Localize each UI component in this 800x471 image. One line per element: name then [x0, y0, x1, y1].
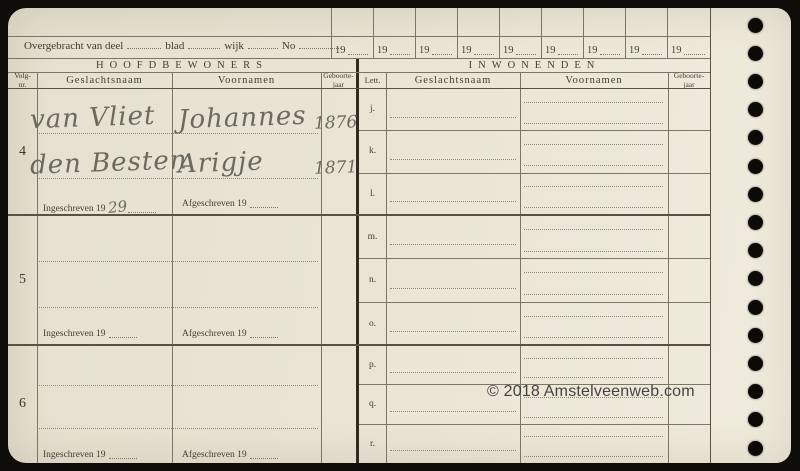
grid-line-horizontal	[359, 173, 710, 174]
year-cell: 19	[629, 41, 662, 56]
header-voornamen-right: Voornamen	[520, 72, 668, 88]
header-volgnr: Volg- nr.	[8, 72, 37, 88]
binder-hole	[748, 187, 763, 202]
binder-hole	[748, 215, 763, 230]
binder-hole	[748, 46, 763, 61]
afgeschreven-label: Afgeschreven 19	[182, 449, 278, 460]
dotted-leader	[109, 328, 137, 338]
grid-line-horizontal	[359, 130, 710, 131]
header-geslachtsnaam-left: Geslachtsnaam	[37, 72, 172, 88]
binder-hole	[748, 159, 763, 174]
dotted-writing-line	[390, 450, 516, 451]
afgeschreven-text: Afgeschreven 19	[182, 329, 247, 339]
dotted-writing-line	[524, 436, 663, 437]
scan-background: Overgebracht van deelbladwijkNo HOOFDBEW…	[0, 0, 800, 471]
dotted-writing-line	[390, 117, 516, 118]
dotted-leader	[127, 39, 161, 49]
handwritten-surname: den Besten	[30, 145, 188, 180]
binder-hole	[748, 271, 763, 286]
dotted-leader	[128, 203, 156, 213]
grid-line-horizontal	[8, 58, 710, 59]
dotted-leader	[250, 328, 278, 338]
year-cell: 19	[419, 41, 452, 56]
dotted-writing-line	[524, 417, 663, 418]
dotted-leader	[516, 45, 537, 55]
grid-line-vertical	[172, 72, 173, 463]
year-prefix: 19	[335, 45, 346, 56]
dotted-writing-line	[524, 337, 663, 338]
letter-label: p.	[359, 345, 386, 384]
dotted-leader	[558, 45, 579, 55]
binder-hole	[748, 130, 763, 145]
year-cell: 19	[461, 41, 494, 56]
dotted-leader	[248, 39, 278, 49]
ingeschreven-label: Ingeschreven 1929	[43, 198, 156, 214]
dotted-leader	[432, 45, 453, 55]
handwritten-firstname: Johannes	[178, 101, 308, 135]
year-cell: 19	[545, 41, 578, 56]
handwritten-firstname: Arigje	[178, 147, 265, 180]
transfer-row: Overgebracht van deelbladwijkNo	[24, 39, 345, 52]
grid-line-horizontal	[359, 258, 710, 259]
grid-line-vertical	[499, 8, 500, 58]
copyright-watermark: © 2018 Amstelveenweb.com	[487, 383, 695, 401]
binder-hole	[748, 356, 763, 371]
dotted-writing-line	[524, 102, 663, 103]
dotted-writing-line	[524, 123, 663, 124]
ingeschreven-text: Ingeschreven 19	[43, 204, 106, 214]
year-prefix: 19	[629, 45, 640, 56]
grid-line-horizontal	[8, 36, 710, 37]
dotted-leader	[109, 449, 137, 459]
dotted-leader	[684, 45, 706, 55]
letter-label: j.	[359, 88, 386, 130]
dotted-leader	[188, 39, 220, 49]
grid-line-vertical	[625, 8, 626, 58]
dotted-writing-line	[524, 358, 663, 359]
year-prefix: 19	[671, 45, 682, 56]
year-cell: 19	[335, 41, 368, 56]
dotted-leader	[474, 45, 495, 55]
header-geboortejaar-right: Geboorte- jaar	[668, 72, 710, 88]
dotted-writing-line	[524, 186, 663, 187]
handwritten-surname: van Vliet	[30, 101, 156, 135]
dotted-writing-line	[524, 251, 663, 252]
dotted-writing-line	[390, 411, 516, 412]
header-geboortejaar-left: Geboorte- jaar	[321, 72, 356, 88]
binder-hole	[748, 74, 763, 89]
grid-line-vertical	[710, 8, 711, 463]
binder-hole	[748, 441, 763, 456]
dotted-writing-line	[524, 456, 663, 457]
grid-line-vertical	[373, 8, 374, 58]
grid-line-vertical	[541, 8, 542, 58]
dotted-writing-line	[524, 316, 663, 317]
ingeschreven-label: Ingeschreven 19	[43, 328, 137, 339]
dotted-leader	[250, 198, 278, 208]
afgeschreven-label: Afgeschreven 19	[182, 198, 278, 209]
transfer-label-no: No	[282, 40, 295, 52]
dotted-writing-line	[390, 159, 516, 160]
year-prefix: 19	[545, 45, 556, 56]
dotted-leader	[600, 45, 621, 55]
dotted-writing-line	[390, 372, 516, 373]
ingeschreven-text: Ingeschreven 19	[43, 329, 106, 339]
binder-hole	[748, 328, 763, 343]
year-prefix: 19	[587, 45, 598, 56]
year-cell: 19	[503, 41, 536, 56]
transfer-label-wijk: wijk	[224, 40, 244, 52]
afgeschreven-text: Afgeschreven 19	[182, 450, 247, 460]
dotted-writing-line	[39, 307, 318, 308]
dotted-writing-line	[524, 294, 663, 295]
dotted-writing-line	[39, 261, 318, 262]
year-prefix: 19	[377, 45, 388, 56]
section-title-hoofdbewoners: HOOFDBEWONERS	[8, 58, 356, 72]
dotted-writing-line	[524, 229, 663, 230]
letter-label: q.	[359, 384, 386, 423]
dotted-writing-line	[524, 165, 663, 166]
letter-label: l.	[359, 173, 386, 215]
dotted-leader	[348, 45, 369, 55]
dotted-writing-line	[524, 144, 663, 145]
grid-line-horizontal	[8, 72, 710, 73]
dotted-writing-line	[390, 288, 516, 289]
dotted-writing-line	[524, 272, 663, 273]
dotted-leader	[390, 45, 411, 55]
dotted-writing-line	[39, 385, 318, 386]
transfer-label-deel: Overgebracht van deel	[24, 40, 123, 52]
grid-line-vertical	[583, 8, 584, 58]
letter-label: k.	[359, 130, 386, 172]
year-prefix: 19	[419, 45, 430, 56]
handwritten-birthyear: 1876	[314, 112, 358, 133]
dotted-writing-line	[524, 207, 663, 208]
year-prefix: 19	[461, 45, 472, 56]
transfer-label-blad: blad	[165, 40, 184, 52]
grid-line-horizontal	[359, 302, 710, 303]
binder-hole	[748, 18, 763, 33]
ingeschreven-label: Ingeschreven 19	[43, 449, 137, 460]
header-lett: Lett.	[359, 72, 386, 88]
volgnr-value: 5	[8, 215, 37, 345]
afgeschreven-text: Afgeschreven 19	[182, 199, 247, 209]
handwritten-birthyear: 1871	[314, 157, 358, 178]
ingeschreven-text: Ingeschreven 19	[43, 450, 106, 460]
grid-line-horizontal	[359, 424, 710, 425]
letter-label: n.	[359, 258, 386, 301]
letter-label: r.	[359, 424, 386, 463]
binder-hole	[748, 412, 763, 427]
dotted-writing-line	[39, 428, 318, 429]
letter-label: o.	[359, 302, 386, 345]
year-prefix: 19	[503, 45, 514, 56]
binder-hole	[748, 102, 763, 117]
binder-hole	[748, 243, 763, 258]
year-cell: 19	[587, 41, 620, 56]
year-cell: 19	[377, 41, 410, 56]
handwritten-ingeschreven-year: 29	[107, 197, 128, 217]
binder-hole	[748, 300, 763, 315]
volgnr-value: 6	[8, 345, 37, 463]
binder-hole	[748, 384, 763, 399]
header-voornamen-left: Voornamen	[172, 72, 321, 88]
header-geslachtsnaam-right: Geslachtsnaam	[386, 72, 520, 88]
dotted-leader	[642, 45, 663, 55]
grid-line-vertical	[457, 8, 458, 58]
dotted-writing-line	[390, 331, 516, 332]
afgeschreven-label: Afgeschreven 19	[182, 328, 278, 339]
year-cell: 19	[671, 41, 705, 56]
dotted-writing-line	[390, 201, 516, 202]
dotted-writing-line	[524, 377, 663, 378]
grid-line-vertical	[415, 8, 416, 58]
section-title-inwonenden: INWONENDEN	[359, 58, 710, 72]
dotted-writing-line	[390, 244, 516, 245]
dotted-leader	[250, 449, 278, 459]
grid-line-vertical	[331, 8, 332, 58]
grid-line-vertical	[667, 8, 668, 58]
letter-label: m.	[359, 215, 386, 258]
